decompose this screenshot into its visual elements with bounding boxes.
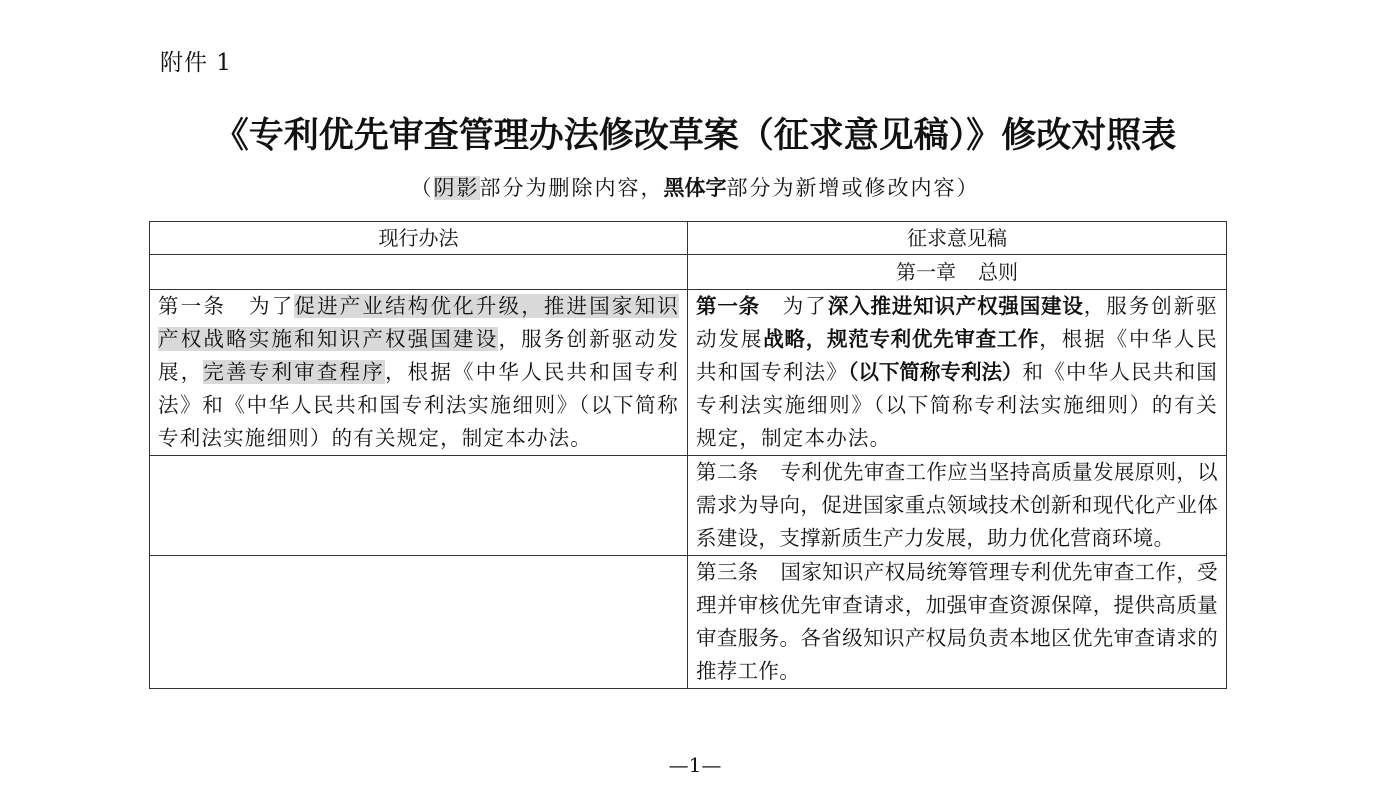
legend-shaded-sample: 阴影 <box>434 176 480 200</box>
article-number: 第一条 <box>158 294 226 318</box>
document-title: 《专利优先审查管理办法修改草案（征求意见稿）》修改对照表 <box>0 108 1390 158</box>
page-number: —1— <box>0 753 1390 777</box>
chapter-cell-current <box>150 255 688 290</box>
legend-subtitle: （阴影部分为删除内容，黑体字部分为新增或修改内容） <box>0 172 1390 202</box>
article-2-current <box>150 456 688 556</box>
article-3-draft: 第三条国家知识产权局统筹管理专利优先审查工作，受理并审核优先审查请求，加强审查资… <box>688 556 1227 689</box>
new-text-segment: 战略，规范专利优先审查工作 <box>763 327 1039 351</box>
chapter-cell-draft: 第一章总则 <box>688 255 1227 290</box>
column-header-current: 现行办法 <box>150 222 688 255</box>
legend-bold-sample: 黑体字 <box>664 176 727 200</box>
deleted-text-segment: 完善专利审查程序 <box>203 360 385 384</box>
attachment-label: 附件 1 <box>160 44 232 77</box>
chapter-name: 总则 <box>978 260 1018 284</box>
text-segment: 为了 <box>782 294 828 318</box>
table-header-row: 现行办法 征求意见稿 <box>150 222 1227 255</box>
table-row: 第三条国家知识产权局统筹管理专利优先审查工作，受理并审核优先审查请求，加强审查资… <box>150 556 1227 689</box>
article-text: 专利优先审查工作应当坚持高质量发展原则，以需求为导向，促进国家重点领域技术创新和… <box>696 460 1218 550</box>
article-1-draft: 第一条为了深入推进知识产权强国建设，服务创新驱动发展战略，规范专利优先审查工作，… <box>688 290 1227 456</box>
chapter-number: 第一章 <box>896 260 956 284</box>
article-text: 国家知识产权局统筹管理专利优先审查工作，受理并审核优先审查请求，加强审查资源保障… <box>696 560 1218 683</box>
article-number: 第三条 <box>696 560 759 584</box>
article-2-draft: 第二条专利优先审查工作应当坚持高质量发展原则，以需求为导向，促进国家重点领域技术… <box>688 456 1227 556</box>
article-1-current: 第一条为了促进产业结构优化升级，推进国家知识产权战略实施和知识产权强国建设，服务… <box>150 290 688 456</box>
column-header-draft: 征求意见稿 <box>688 222 1227 255</box>
article-number: 第一条 <box>696 294 760 318</box>
table-row: 第二条专利优先审查工作应当坚持高质量发展原则，以需求为导向，促进国家重点领域技术… <box>150 456 1227 556</box>
comparison-table: 现行办法 征求意见稿 第一章总则 第一条为了促进产业结构优化升级，推进国家知识产… <box>149 221 1227 689</box>
article-number: 第二条 <box>696 460 759 484</box>
new-text-segment: （以下简称专利法） <box>848 360 1022 384</box>
text-segment: 为了 <box>248 294 294 318</box>
new-text-segment: 深入推进知识产权强国建设 <box>828 294 1084 318</box>
chapter-row: 第一章总则 <box>150 255 1227 290</box>
article-3-current <box>150 556 688 689</box>
table-row: 第一条为了促进产业结构优化升级，推进国家知识产权战略实施和知识产权强国建设，服务… <box>150 290 1227 456</box>
legend-open-paren: （ <box>411 176 434 200</box>
legend-text-2: 部分为新增或修改内容） <box>727 176 980 200</box>
legend-text-1: 部分为删除内容， <box>480 176 664 200</box>
